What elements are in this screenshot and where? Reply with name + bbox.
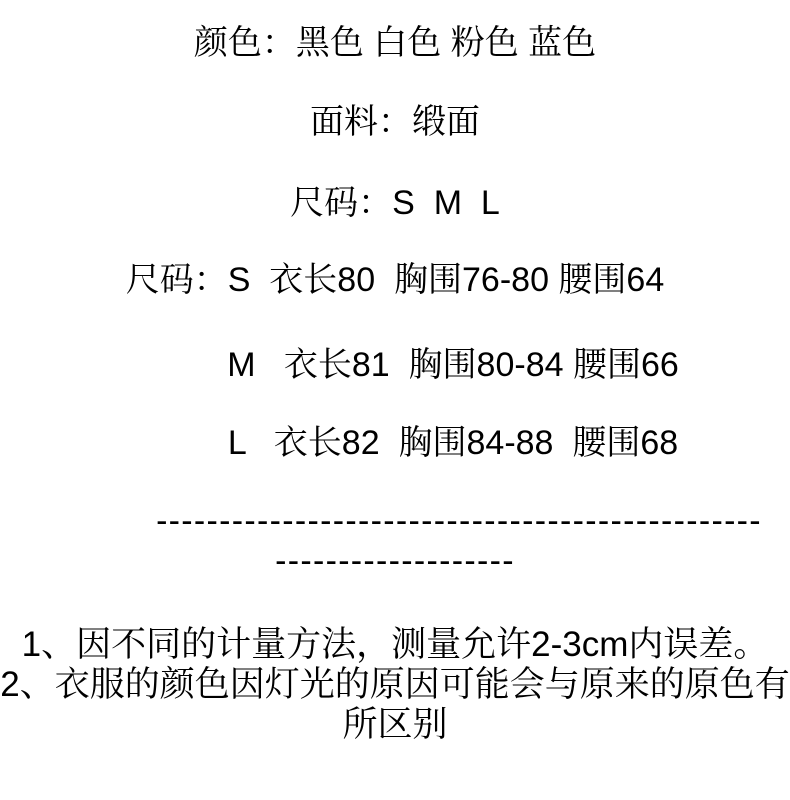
color-spec-line: 颜色：黑色 白色 粉色 蓝色 — [0, 23, 790, 63]
dashed-divider-line-1: ----------------------------------------… — [64, 501, 790, 541]
note-color-difference: 2、衣服的颜色因灯光的原因可能会与原来的原色有 所区别 — [0, 665, 790, 745]
dashed-divider-line-2: ------------------- — [0, 541, 790, 581]
note-measurement-tolerance: 1、因不同的计量方法，测量允许2-3cm内误差。 — [0, 625, 790, 665]
size-options-line: 尺码：S M L — [0, 183, 790, 223]
product-description-page: 颜色：黑色 白色 粉色 蓝色 面料：缎面 尺码：S M L 尺码：S 衣长80 … — [0, 0, 790, 800]
size-row-s: 尺码：S 衣长80 胸围76-80 腰围64 — [0, 260, 790, 300]
size-row-m: M 衣长81 胸围80-84 腰围66 — [58, 345, 790, 385]
fabric-spec-line: 面料：缎面 — [0, 102, 790, 142]
dashed-divider: ----------------------------------------… — [0, 501, 790, 581]
note-color-difference-line-2: 所区别 — [0, 705, 790, 745]
note-color-difference-line-1: 2、衣服的颜色因灯光的原因可能会与原来的原色有 — [0, 665, 790, 705]
size-row-l: L 衣长82 胸围84-88 腰围68 — [58, 423, 790, 463]
